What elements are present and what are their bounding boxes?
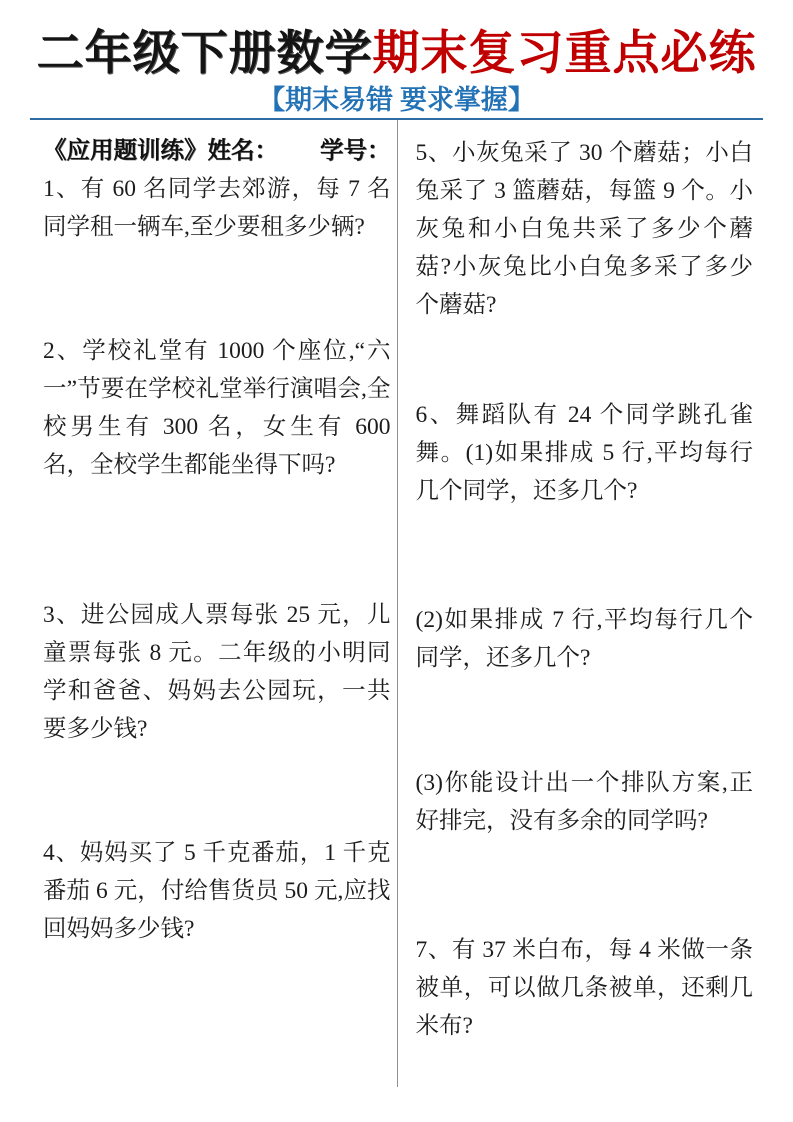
section-header: 《应用题训练》姓名：学号：	[43, 132, 391, 170]
page-subtitle: 【期末易错 要求掌握】	[0, 84, 793, 116]
question-1: 1、有 60 名同学去郊游，每 7 名同学租一辆车,至少要租多少辆?	[43, 170, 391, 246]
column-divider	[397, 120, 398, 1087]
name-label: 姓名：	[208, 138, 279, 164]
question-6-part-2: (2)如果排成 7 行,平均每行几个同学，还多几个?	[416, 601, 754, 677]
left-column: 《应用题训练》姓名：学号： 1、有 60 名同学去郊游，每 7 名同学租一辆车,…	[30, 120, 401, 1122]
question-3: 3、进公园成人票每张 25 元，儿童票每张 8 元。二年级的小明同学和爸爸、妈妈…	[43, 596, 391, 748]
question-4: 4、妈妈买了 5 千克番茄，1 千克番茄 6 元，付给售货员 50 元,应找回妈…	[43, 834, 391, 948]
question-5: 5、小灰兔采了 30 个蘑菇；小白兔采了 3 篮蘑菇，每篮 9 个。小灰兔和小白…	[416, 134, 754, 324]
worksheet-body: 《应用题训练》姓名：学号： 1、有 60 名同学去郊游，每 7 名同学租一辆车,…	[30, 118, 763, 1122]
page-title-red-part: 期末复习重点必练	[373, 28, 757, 80]
right-column: 5、小灰兔采了 30 个蘑菇；小白兔采了 3 篮蘑菇，每篮 9 个。小灰兔和小白…	[401, 120, 764, 1122]
question-6-part-1: 6、舞蹈队有 24 个同学跳孔雀舞。(1)如果排成 5 行,平均每行几个同学，还…	[416, 396, 754, 510]
question-7: 7、有 37 米白布，每 4 米做一条被单，可以做几条被单，还剩几米布?	[416, 931, 754, 1045]
question-2: 2、学校礼堂有 1000 个座位,“六一”节要在学校礼堂举行演唱会,全校男生有 …	[43, 332, 391, 484]
page-title-black-part: 二年级下册数学	[37, 28, 373, 80]
section-title: 《应用题训练》	[43, 138, 208, 164]
student-id-label: 学号：	[320, 138, 391, 164]
page-title: 二年级下册数学期末复习重点必练	[0, 26, 793, 82]
page-header: 二年级下册数学期末复习重点必练 【期末易错 要求掌握】	[0, 0, 793, 116]
question-6-part-3: (3)你能设计出一个排队方案,正好排完，没有多余的同学吗?	[416, 764, 754, 840]
